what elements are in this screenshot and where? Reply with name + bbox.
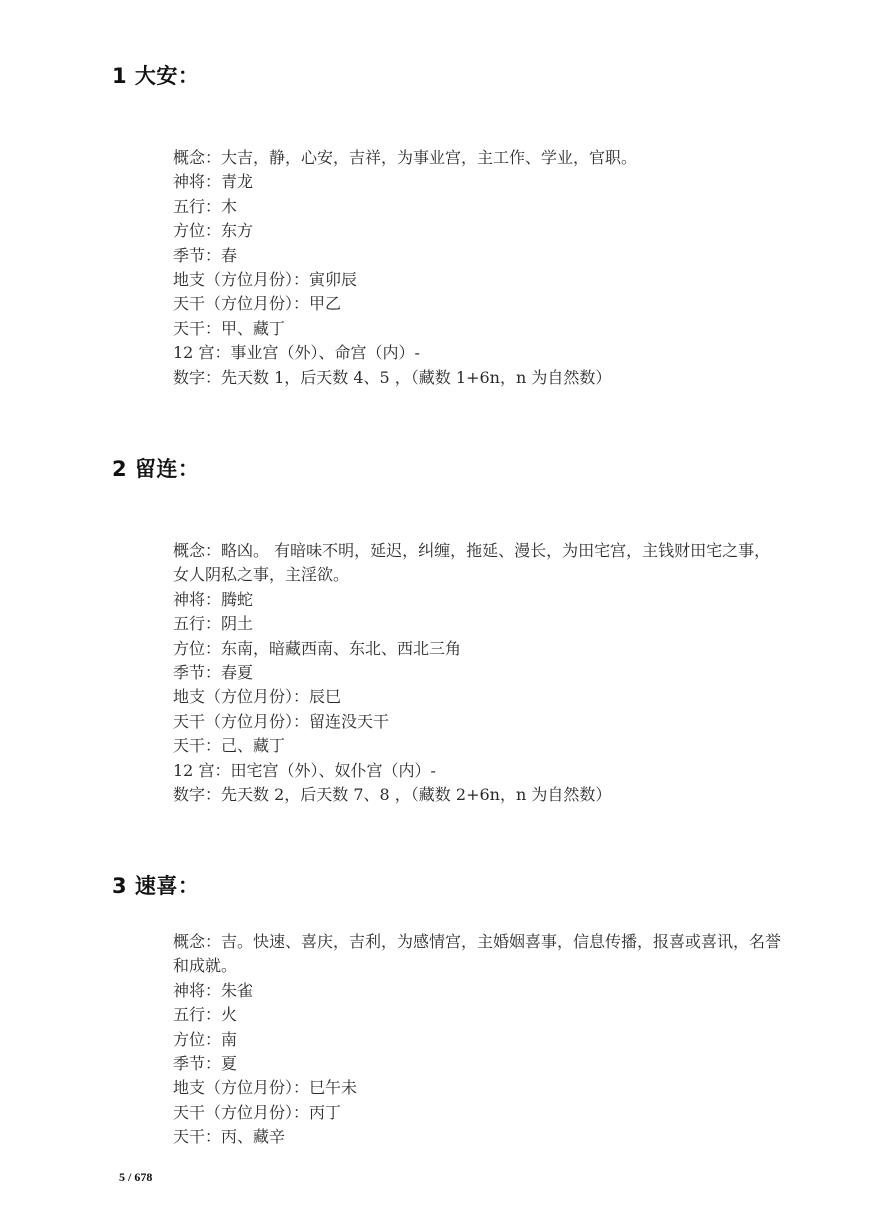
element-line: 五行：火 [173, 1003, 783, 1027]
section-body-liu-lian: 概念：略凶。 有暗味不明，延迟，纠缠，拖延、漫长，为田宅宫，主钱财田宅之事，女人… [173, 539, 783, 807]
season-line: 季节：夏 [173, 1052, 783, 1076]
earthly-branch-line: 地支（方位月份）：寅卯辰 [173, 268, 783, 292]
section-heading-liu-lian: 2 留连： [112, 455, 199, 483]
numbers-line: 数字：先天数 1，后天数 4、5 ，（藏数 1+6n，n 为自然数） [173, 366, 783, 390]
deity-line: 神将：朱雀 [173, 979, 783, 1003]
earthly-branch-line: 地支（方位月份）：辰巳 [173, 685, 783, 709]
element-line: 五行：阴土 [173, 612, 783, 636]
direction-line: 方位：南 [173, 1028, 783, 1052]
season-line: 季节：春夏 [173, 661, 783, 685]
heavenly-stem-direction-line: 天干（方位月份）：留连没天干 [173, 710, 783, 734]
numbers-line: 数字：先天数 2，后天数 7、8 ，（藏数 2+6n，n 为自然数） [173, 783, 783, 807]
section-body-su-xi: 概念：吉。快速、喜庆，吉利，为感情宫，主婚姻喜事，信息传播，报喜或喜讯，名誉和成… [173, 930, 783, 1150]
direction-line: 方位：东南，暗藏西南、东北、西北三角 [173, 637, 783, 661]
section-heading-da-an: 1 大安： [112, 62, 199, 90]
earthly-branch-line: 地支（方位月份）：巳午未 [173, 1076, 783, 1100]
concept-line: 概念：略凶。 有暗味不明，延迟，纠缠，拖延、漫长，为田宅宫，主钱财田宅之事，女人… [173, 539, 783, 588]
deity-line: 神将：青龙 [173, 170, 783, 194]
concept-line: 概念：吉。快速、喜庆，吉利，为感情宫，主婚姻喜事，信息传播，报喜或喜讯，名誉和成… [173, 930, 783, 979]
heavenly-stem-line: 天干：己、藏丁 [173, 734, 783, 758]
palace-line: 12 宫：田宅宫（外）、奴仆宫（内）- [173, 759, 783, 783]
element-line: 五行：木 [173, 195, 783, 219]
palace-line: 12 宫：事业宫（外）、命宫（内）- [173, 341, 783, 365]
page-number: 5 / 678 [119, 1170, 152, 1185]
heavenly-stem-line: 天干：甲、藏丁 [173, 317, 783, 341]
deity-line: 神将：腾蛇 [173, 588, 783, 612]
document-page: 1 大安： 概念：大吉，静，心安，吉祥，为事业宫，主工作、学业，官职。 神将：青… [0, 0, 875, 1228]
heavenly-stem-direction-line: 天干（方位月份）：甲乙 [173, 292, 783, 316]
concept-line: 概念：大吉，静，心安，吉祥，为事业宫，主工作、学业，官职。 [173, 146, 783, 170]
direction-line: 方位：东方 [173, 219, 783, 243]
heavenly-stem-line: 天干：丙、藏辛 [173, 1125, 783, 1149]
season-line: 季节：春 [173, 244, 783, 268]
section-heading-su-xi: 3 速喜： [112, 872, 199, 900]
section-body-da-an: 概念：大吉，静，心安，吉祥，为事业宫，主工作、学业，官职。 神将：青龙 五行：木… [173, 146, 783, 390]
heavenly-stem-direction-line: 天干（方位月份）：丙丁 [173, 1101, 783, 1125]
